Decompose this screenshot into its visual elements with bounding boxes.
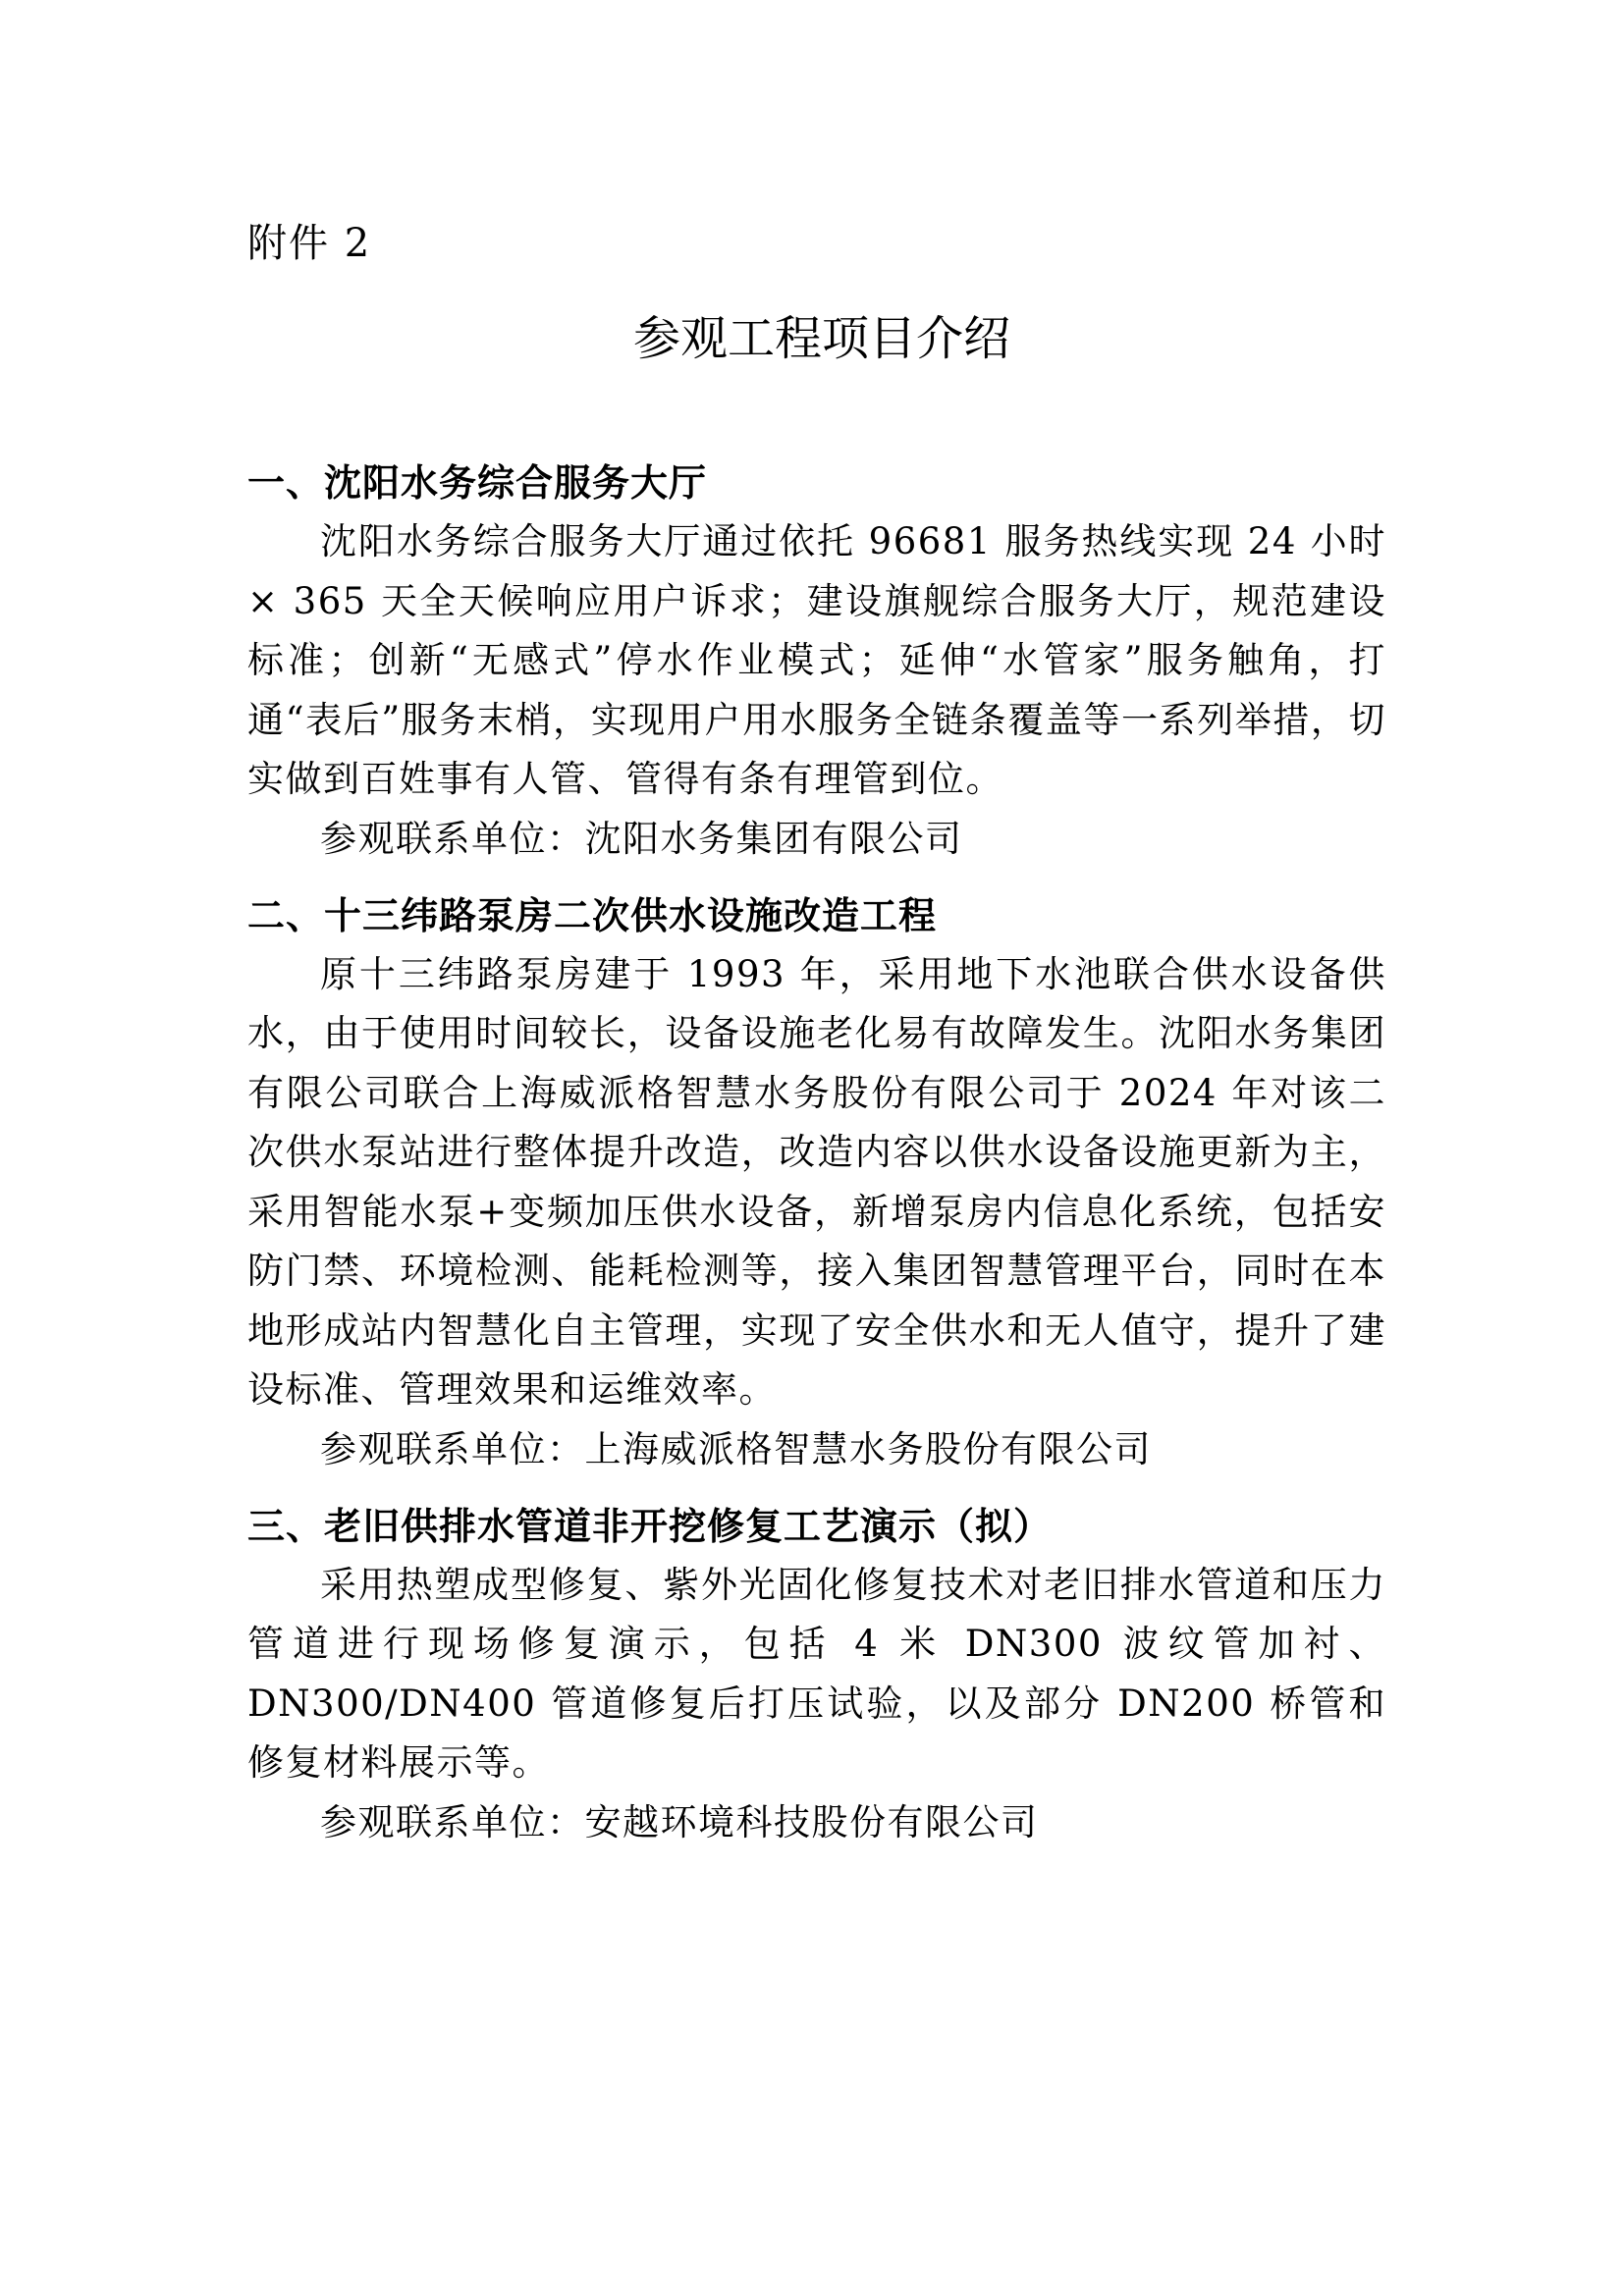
section-paragraph: 采用热塑成型修复、紫外光固化修复技术对老旧排水管道和压力管道进行现场修复演示，包… [247, 1556, 1386, 1793]
section-gap [247, 1479, 1386, 1497]
section-1: 一、沈阳水务综合服务大厅 沈阳水务综合服务大厅通过依托 96681 服务热线实现… [247, 454, 1386, 869]
section-heading: 二、十三纬路泵房二次供水设施改造工程 [247, 886, 1386, 945]
section-gap [247, 869, 1386, 886]
document-body: 一、沈阳水务综合服务大厅 沈阳水务综合服务大厅通过依托 96681 服务热线实现… [247, 454, 1386, 1852]
document-page: 附件 2 参观工程项目介绍 一、沈阳水务综合服务大厅 沈阳水务综合服务大厅通过依… [0, 0, 1624, 2296]
attachment-label: 附件 2 [247, 214, 371, 273]
section-paragraph: 沈阳水务综合服务大厅通过依托 96681 服务热线实现 24 小时 × 365 … [247, 512, 1386, 810]
page-title-text: 参观工程项目介绍 [633, 304, 1010, 373]
page-title: 参观工程项目介绍 [0, 304, 1624, 373]
section-2: 二、十三纬路泵房二次供水设施改造工程 原十三纬路泵房建于 1993 年，采用地下… [247, 886, 1386, 1479]
contact-unit: 参观联系单位：沈阳水务集团有限公司 [247, 810, 1386, 869]
contact-unit: 参观联系单位：安越环境科技股份有限公司 [247, 1793, 1386, 1852]
section-3: 三、老旧供排水管道非开挖修复工艺演示（拟） 采用热塑成型修复、紫外光固化修复技术… [247, 1497, 1386, 1852]
section-heading: 三、老旧供排水管道非开挖修复工艺演示（拟） [247, 1497, 1386, 1556]
contact-unit: 参观联系单位：上海威派格智慧水务股份有限公司 [247, 1420, 1386, 1479]
section-heading: 一、沈阳水务综合服务大厅 [247, 454, 1386, 512]
section-paragraph: 原十三纬路泵房建于 1993 年，采用地下水池联合供水设备供水，由于使用时间较长… [247, 945, 1386, 1420]
